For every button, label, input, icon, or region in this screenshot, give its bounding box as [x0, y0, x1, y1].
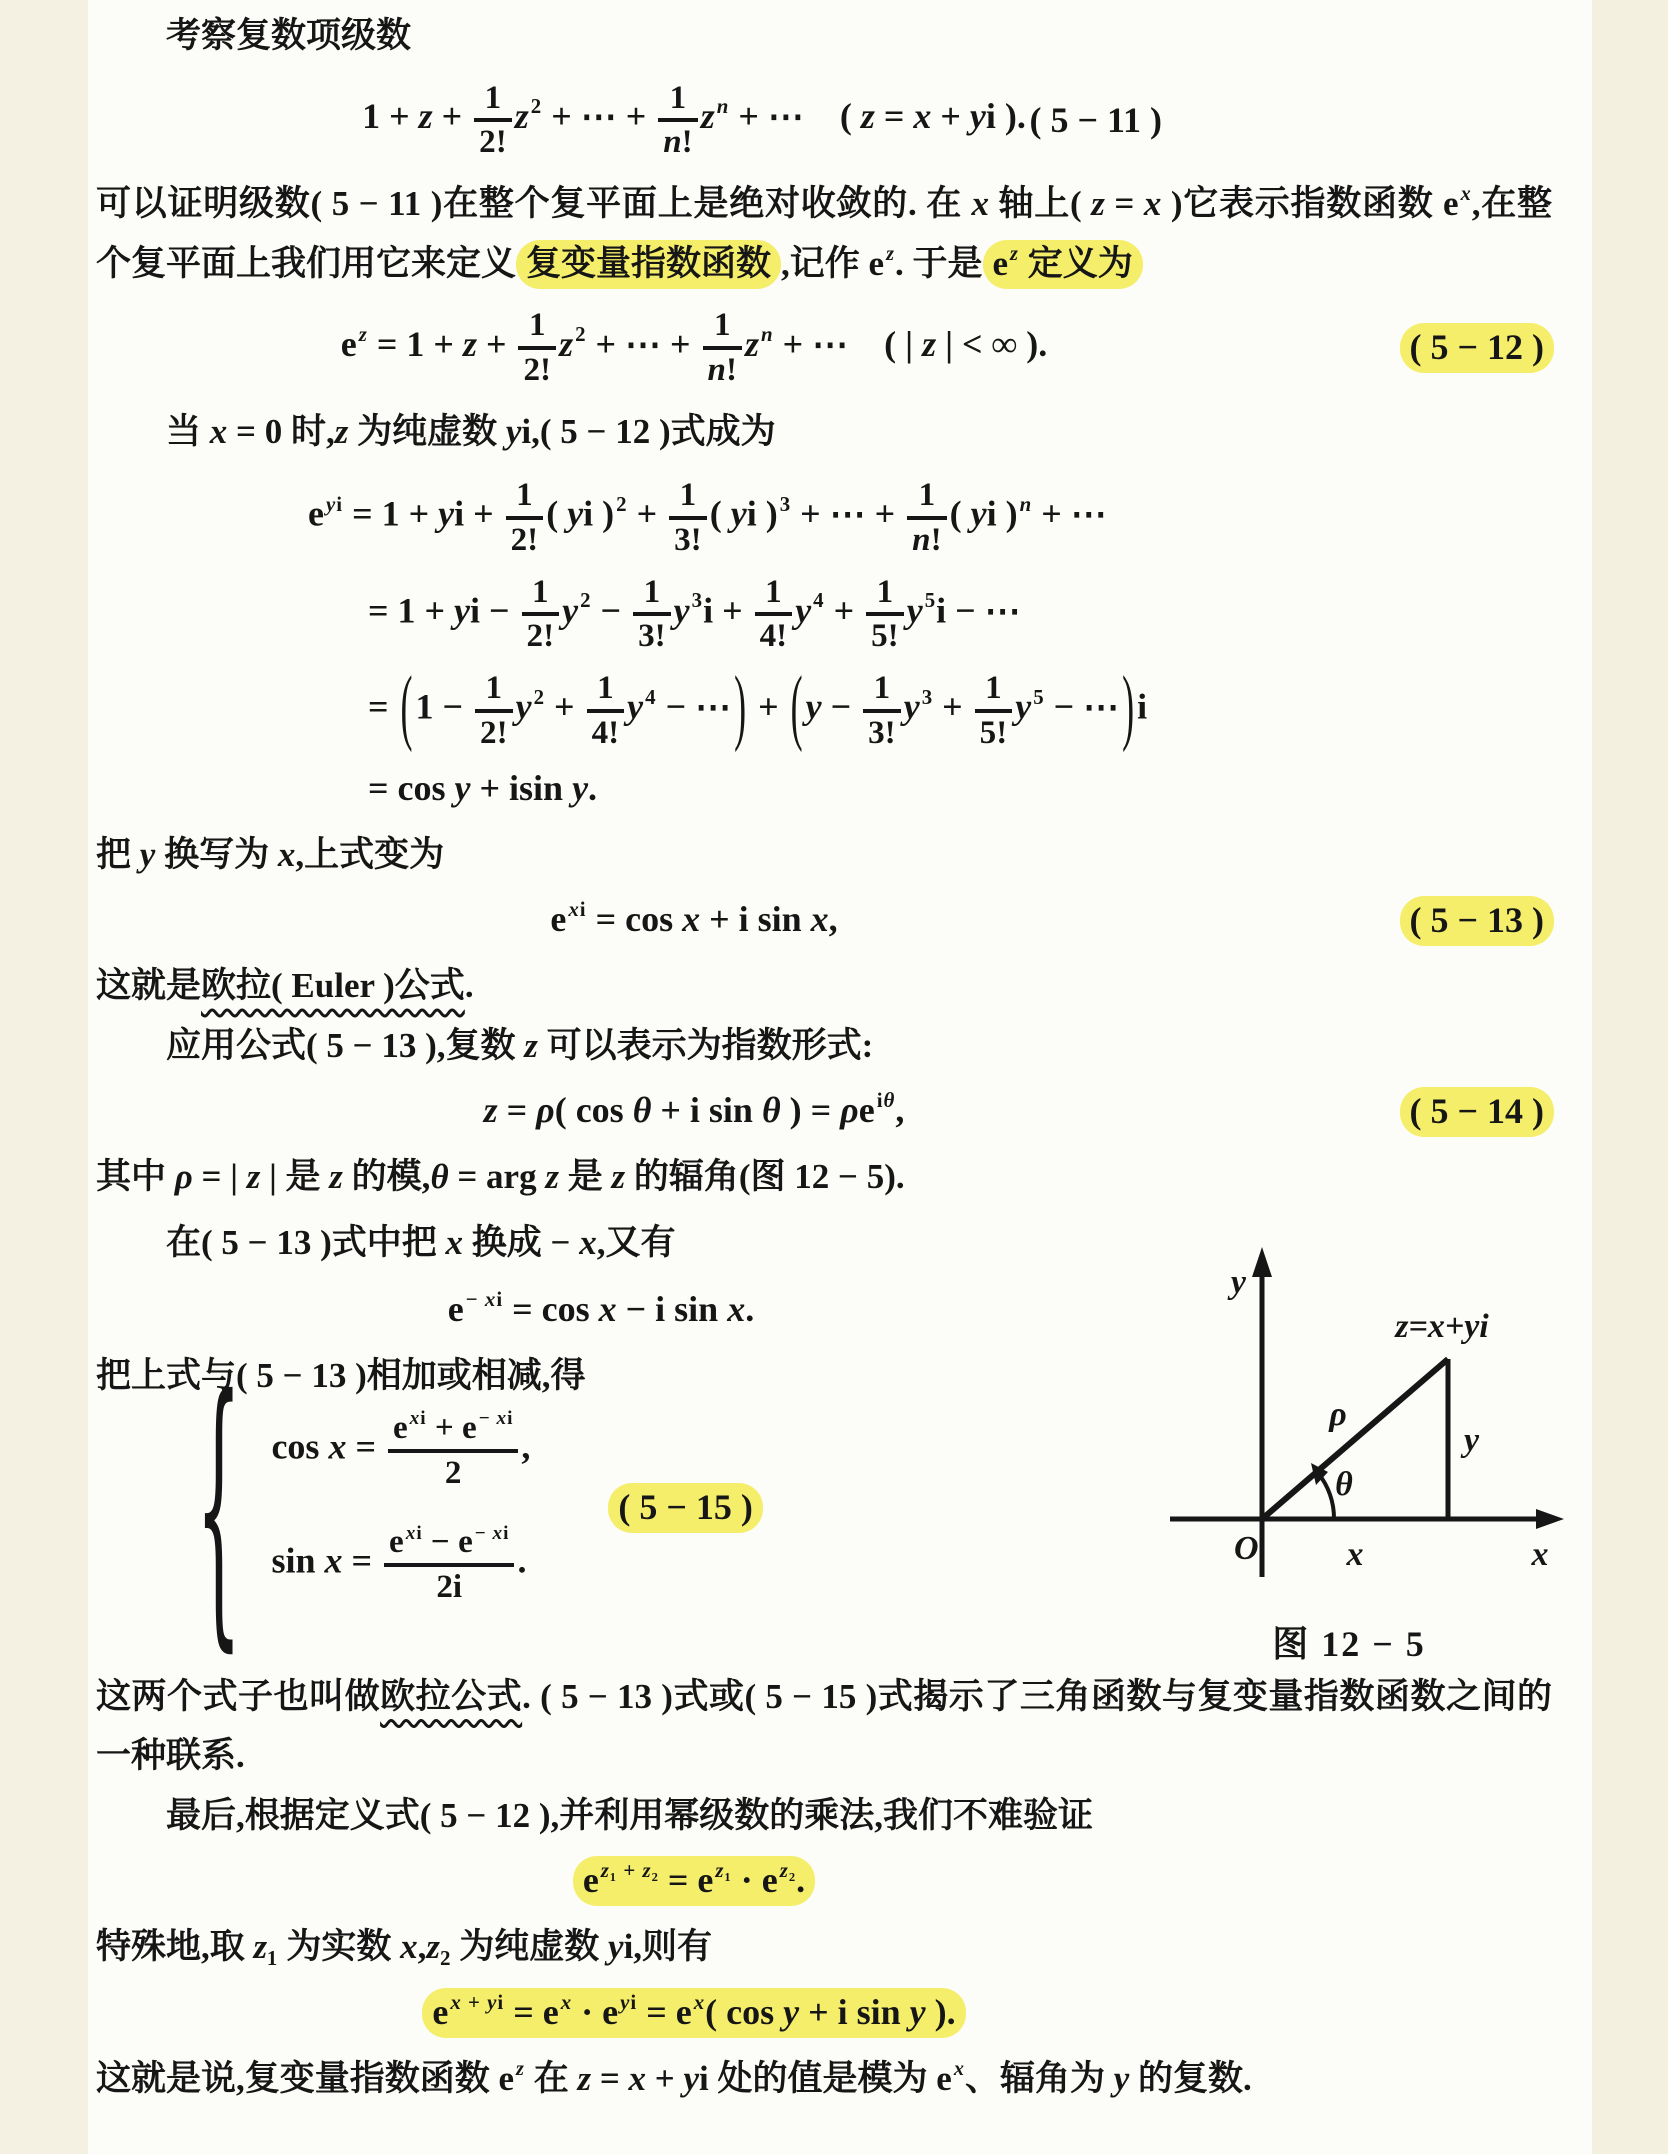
figure-caption: 图 12 − 5: [1106, 1616, 1592, 1667]
paragraph-substitute-x: 把 y 换写为 x,上式变为: [96, 825, 1592, 885]
rho-label: ρ: [1328, 1396, 1347, 1433]
paragraph-special-case: 特殊地,取 z₁ 为实数 x,z₂ 为纯虚数 yi,则有: [96, 1917, 1592, 1977]
equation-tag-5-13: ( 5 − 13 ): [1400, 899, 1555, 941]
paragraph-also-euler: 这两个式子也叫做欧拉公式. ( 5 − 13 )式或( 5 − 15 )式揭示了…: [96, 1667, 1592, 1786]
page-content: 考察复数项级数 1 + z + 12!z2 + ⋯ + 1n!zn + ⋯ ( …: [88, 0, 1592, 2154]
paragraph-finally: 最后,根据定义式( 5 − 12 ),并利用幂级数的乘法,我们不难验证: [96, 1786, 1592, 1846]
system-5-15: { cos x = exi + e− xi2, sin x = exi − e−…: [96, 1410, 1106, 1605]
system-equations: cos x = exi + e− xi2, sin x = exi − e− x…: [271, 1410, 530, 1605]
series-definition-formula: 1 + z + 12!z2 + ⋯ + 1n!zn + ⋯ ( z = x + …: [362, 96, 1026, 136]
theta-label: θ: [1335, 1466, 1353, 1503]
derivation-line-2: = 1 + yi − 12!y2 − 13!y3i + 14!y4 + 15!y…: [308, 574, 1592, 655]
exponential-form-formula: z = ρ( cos θ + i sin θ ) = ρeiθ,: [484, 1090, 905, 1130]
formula-exp-addition: ez₁ + z₂ = ez₁ · ez₂.: [96, 1859, 1592, 1903]
derivation-line-4: = cos y + isin y.: [308, 767, 1592, 809]
paragraph-apply-formula: 应用公式( 5 − 13 ),复数 z 可以表示为指数形式:: [96, 1016, 1592, 1076]
paragraph-replace-minus-x: 在( 5 − 13 )式中把 x 换成 − x,又有: [96, 1213, 1106, 1273]
x-axis-arrow: [1536, 1509, 1564, 1529]
paragraph-conclusion: 这就是说,复变量指数函数 ez 在 z = x + yi 处的值是模为 ex、辐…: [96, 2049, 1592, 2109]
exp-definition-formula: ez = 1 + z + 12!z2 + ⋯ + 1n!zn + ⋯ ( | z…: [341, 324, 1047, 364]
cos-identity: cos x = exi + e− xi2,: [271, 1410, 530, 1491]
point-label: z=x+yi: [1394, 1308, 1489, 1345]
derivation-line-3: = (1 − 12!y2 + 14!y4 − ⋯) + (y − 13!y3 +…: [308, 670, 1592, 751]
sin-identity: sin x = exi − e− xi2i.: [271, 1524, 530, 1605]
formula-5-12: ez = 1 + z + 12!z2 + ⋯ + 1n!zn + ⋯ ( | z…: [96, 307, 1592, 388]
paragraph-modulus-argument: 其中 ρ = | z | 是 z 的模,θ = arg z 是 z 的辐角(图 …: [96, 1147, 1592, 1207]
left-brace: {: [196, 1362, 241, 1652]
paragraph-pure-imaginary: 当 x = 0 时,z 为纯虚数 yi,( 5 − 12 )式成为: [96, 402, 1592, 462]
equation-tag-5-11: ( 5 − 11 ): [1029, 99, 1162, 141]
paragraph-convergence: 可以证明级数( 5 − 11 )在整个复平面上是绝对收敛的. 在 x 轴上( z…: [96, 174, 1592, 293]
exp-addition-law: ez₁ + z₂ = ez₁ · ez₂.: [573, 1856, 815, 1906]
equation-tag-5-15: ( 5 − 15 ): [608, 1486, 763, 1528]
derivation-block: eyi = 1 + yi + 12!( yi )2 + 13!( yi )3 +…: [96, 477, 1592, 809]
y-axis-arrow: [1252, 1247, 1272, 1277]
formula-5-14: z = ρ( cos θ + i sin θ ) = ρeiθ, ( 5 − 1…: [96, 1089, 1592, 1133]
left-column: 在( 5 − 13 )式中把 x 换成 − x,又有 e− xi = cos x…: [96, 1213, 1106, 1667]
exp-decomposition-law: ex + yi = ex · eyi = ex( cos y + i sin y…: [422, 1988, 965, 2038]
formula-5-11: 1 + z + 12!z2 + ⋯ + 1n!zn + ⋯ ( z = x + …: [96, 80, 1592, 161]
page-right-margin: [1592, 0, 1668, 2154]
equation-tag-5-14: ( 5 − 14 ): [1400, 1090, 1555, 1132]
formula-5-13: exi = cos x + i sin x, ( 5 − 13 ): [96, 898, 1592, 942]
radius-line: [1262, 1359, 1448, 1519]
formula-exp-decomposition: ex + yi = ex · eyi = ex( cos y + i sin y…: [96, 1991, 1592, 2035]
euler-formula: exi = cos x + i sin x,: [550, 899, 837, 939]
y-axis-label: y: [1227, 1264, 1247, 1301]
side-y-label: y: [1460, 1422, 1480, 1459]
derivation-line-1: eyi = 1 + yi + 12!( yi )2 + 13!( yi )3 +…: [308, 477, 1592, 558]
base-x-label: x: [1346, 1536, 1364, 1573]
conjugate-euler-formula: e− xi = cos x − i sin x.: [96, 1288, 1106, 1330]
paragraph-add-subtract: 把上式与( 5 − 13 )相加或相减,得: [96, 1346, 1106, 1406]
two-column-zone: 在( 5 − 13 )式中把 x 换成 − x,又有 e− xi = cos x…: [96, 1213, 1592, 1667]
figure-12-5-diagram: y z=x+yi ρ θ y O x x: [1112, 1229, 1582, 1609]
right-column: y z=x+yi ρ θ y O x x 图 12 − 5: [1106, 1213, 1592, 1667]
x-axis-label: x: [1531, 1536, 1549, 1573]
origin-label: O: [1234, 1530, 1259, 1567]
intro-line: 考察复数项级数: [96, 6, 1592, 66]
equation-tag-5-12: ( 5 − 12 ): [1400, 326, 1555, 368]
textbook-page: 考察复数项级数 1 + z + 12!z2 + ⋯ + 1n!zn + ⋯ ( …: [0, 0, 1668, 2154]
paragraph-euler-name: 这就是欧拉( Euler )公式.: [96, 956, 1592, 1016]
